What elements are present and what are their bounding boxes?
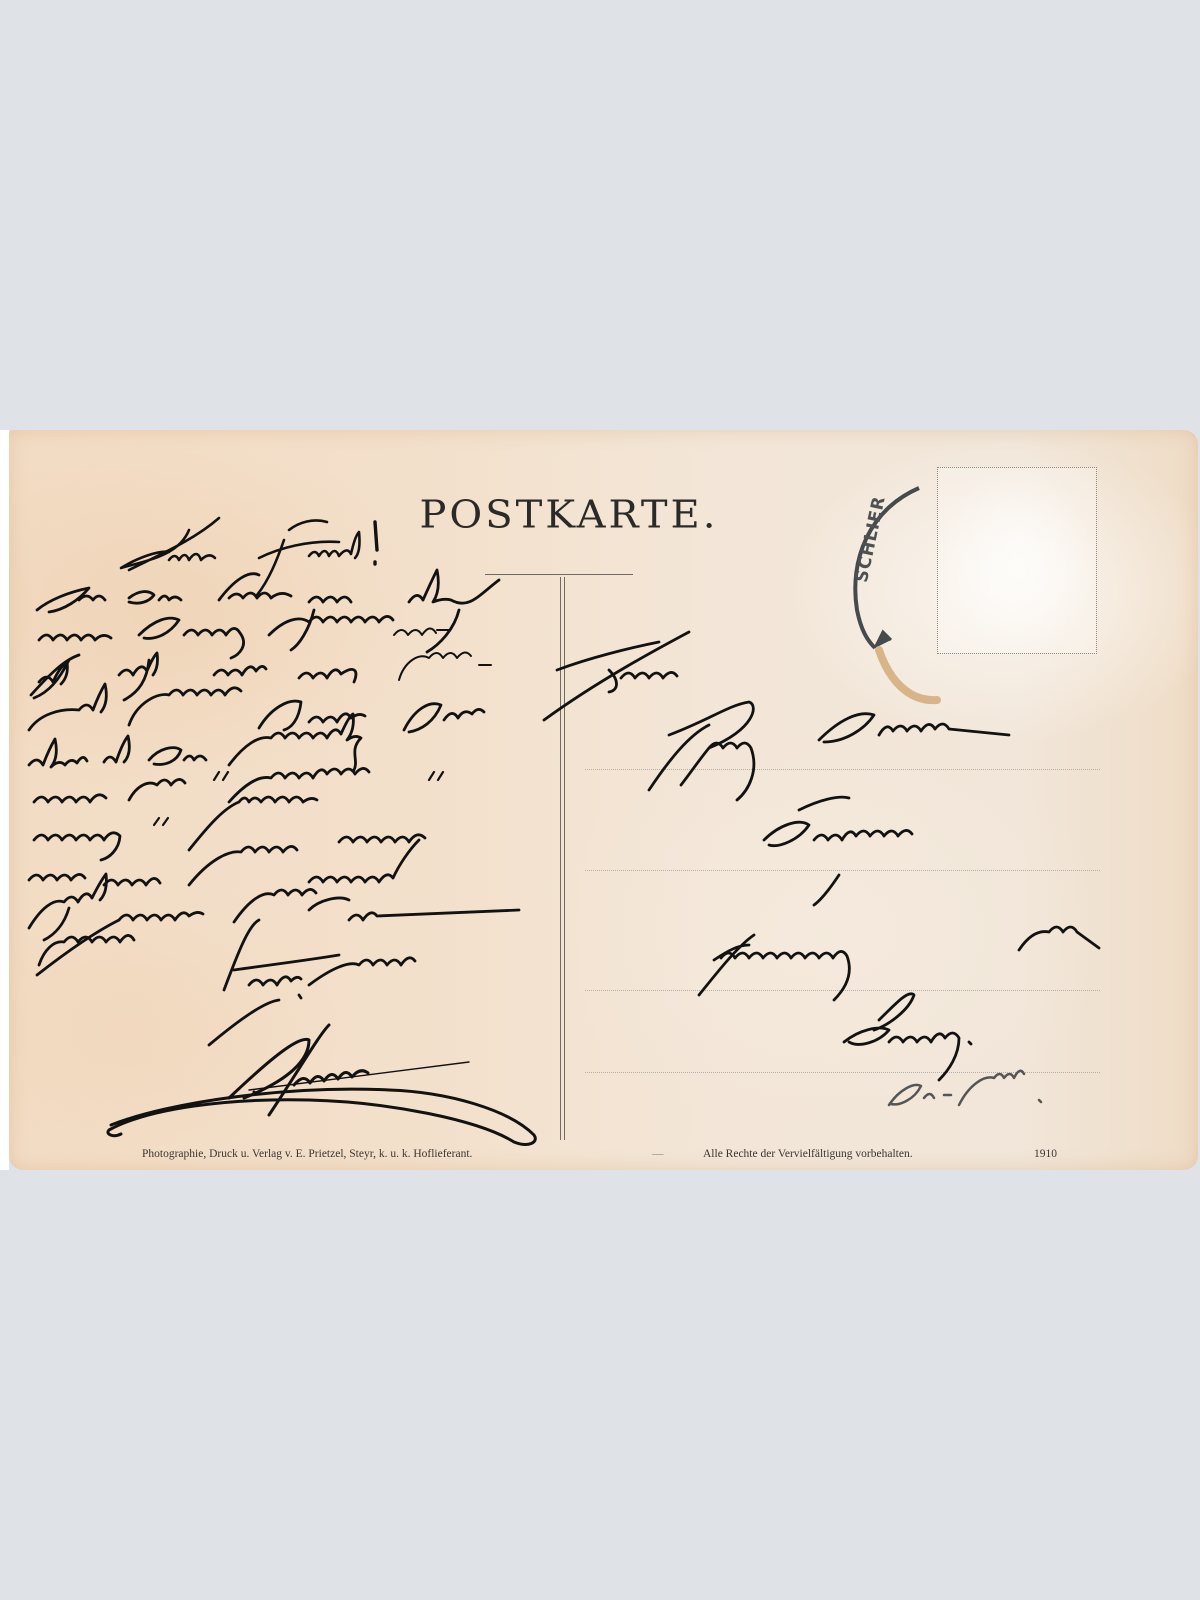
address-region: Ob.-Öst. bbox=[889, 1090, 893, 1091]
message-signature: P. Helfan bbox=[249, 1060, 254, 1061]
scan-edge bbox=[0, 430, 9, 1170]
handwriting-address bbox=[544, 632, 1099, 1080]
address-town: Lamberg. bbox=[849, 1030, 854, 1031]
message-line: selbst einmal hieher zu bbox=[39, 910, 51, 911]
publisher-credit: Photographie, Druck u. Verlag v. E. Prie… bbox=[142, 1148, 472, 1160]
message-line: oder noch besser vielleicht bbox=[39, 870, 53, 871]
postmark-icon bbox=[839, 480, 949, 710]
address-salutation: Herrn bbox=[569, 660, 572, 661]
address-line bbox=[585, 1072, 1100, 1073]
message-line: bringen. bbox=[39, 950, 43, 951]
center-divider bbox=[560, 577, 565, 1140]
title-rule bbox=[485, 574, 633, 575]
message-line: uns den "Hundsjakob" bbox=[39, 790, 50, 791]
message-line: meiner dortigen Anwesen- bbox=[39, 630, 52, 631]
postcard: POSTKARTE. SCHLIER bbox=[9, 430, 1198, 1170]
address-place: Neumarkt bei bbox=[709, 950, 716, 951]
message-line: ersuche ich Dir freundlichst bbox=[39, 750, 53, 751]
message-line: einmal hieher zu senden bbox=[39, 830, 51, 831]
message-closing: Herzl. Grüße bbox=[249, 980, 256, 981]
address-line bbox=[585, 769, 1100, 770]
handwriting-closing bbox=[209, 958, 415, 1045]
address-name: Franz Winter bbox=[659, 730, 666, 731]
print-year: 1910 bbox=[1034, 1148, 1057, 1160]
handwriting-message bbox=[29, 570, 519, 990]
address-title: Oberlehrer bbox=[769, 830, 775, 831]
handwriting-signature bbox=[108, 1025, 535, 1144]
message-salutation: Lieber Freund! bbox=[159, 540, 167, 541]
address-line bbox=[585, 870, 1100, 871]
handwriting-region bbox=[889, 1071, 1041, 1105]
message-line: Da Dir leider zur Zeit bbox=[39, 590, 50, 591]
rights-notice: Alle Rechte der Vervielfältigung vorbeha… bbox=[703, 1148, 913, 1160]
stamp-box bbox=[937, 467, 1097, 654]
footer-separator: — bbox=[652, 1148, 664, 1160]
message-line: heit nicht mehr nach Wein- bbox=[39, 670, 53, 671]
message-line: dorf gekommen sind, so bbox=[39, 710, 51, 711]
address-line bbox=[585, 990, 1100, 991]
